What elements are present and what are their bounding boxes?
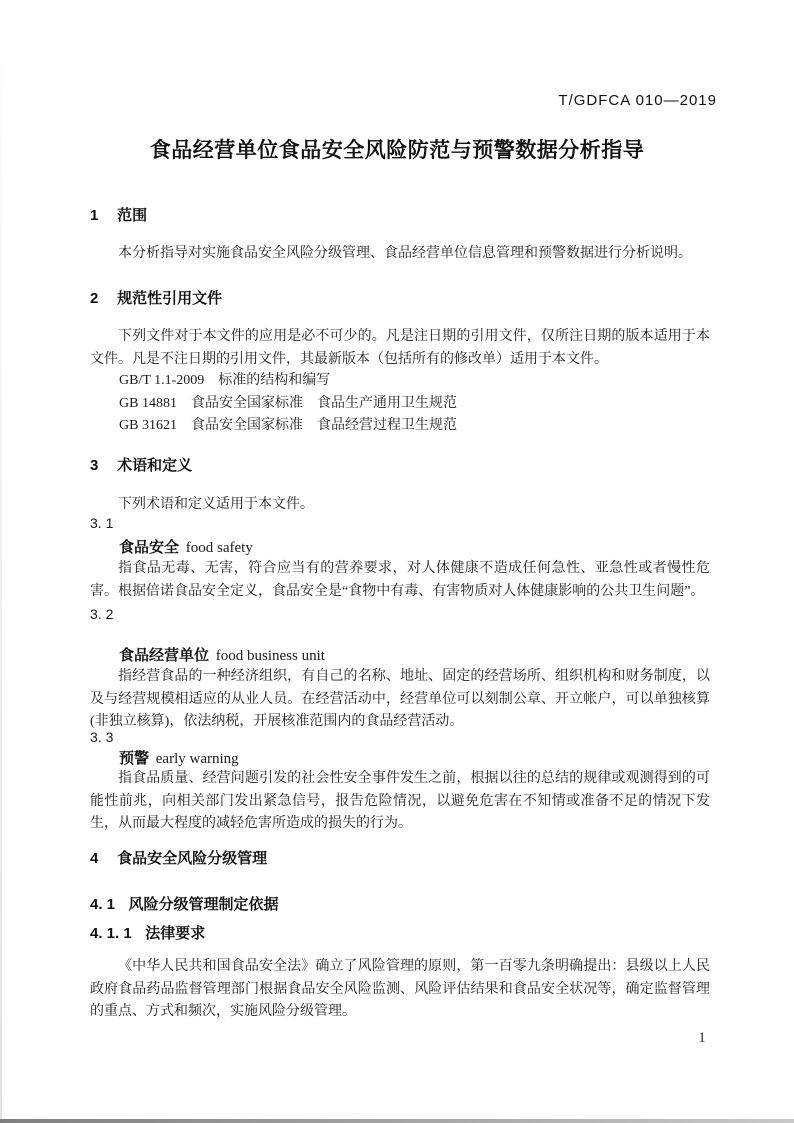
term-chinese: 预警 [119, 750, 149, 767]
term-line-early-warning: 预警early warning [119, 747, 739, 768]
document-page: T/GDFCA 010—2019 食品经营单位食品安全风险防范与预警数据分析指导… [0, 0, 794, 1123]
section-title: 范围 [117, 207, 147, 224]
clause-number-3-3: 3. 3 [90, 729, 710, 745]
reference-list: GB/T 1.1-2009 标准的结构和编写 GB 14881 食品安全国家标准… [90, 370, 710, 438]
term-chinese: 食品安全 [119, 539, 179, 556]
section-4-1-heading: 4. 1风险分级管理制定依据 [90, 893, 710, 914]
section-number: 4. 1 [90, 896, 115, 913]
document-title: 食品经营单位食品安全风险防范与预警数据分析指导 [0, 134, 794, 164]
section-number: 3 [90, 457, 98, 474]
page-number: 1 [690, 1030, 714, 1047]
section-title: 风险分级管理制定依据 [129, 896, 279, 913]
doc-code: T/GDFCA 010—2019 [558, 92, 717, 109]
clause-number-3-2: 3. 2 [90, 606, 710, 622]
section-title: 食品安全风险分级管理 [117, 850, 267, 867]
section-title: 术语和定义 [117, 457, 192, 474]
reference-item: GB/T 1.1-2009 标准的结构和编写 [119, 370, 710, 393]
clause-number-3-1: 3. 1 [90, 515, 710, 531]
term-english: food business unit [216, 648, 325, 664]
section-4-1-1-paragraph: 《中华人民共和国食品安全法》确立了风险管理的原则，第一百零九条明确提出：县级以上… [90, 956, 710, 1024]
reference-item: GB 14881 食品安全国家标准 食品生产通用卫生规范 [119, 393, 710, 416]
section-2-heading: 2规范性引用文件 [90, 287, 710, 308]
section-1-heading: 1范围 [90, 204, 710, 225]
term-line-food-safety: 食品安全food safety [119, 536, 739, 557]
section-number: 1 [90, 207, 98, 224]
section-2-paragraph: 下列文件对于本文件的应用是必不可少的。凡是注日期的引用文件，仅所注日期的版本适用… [90, 326, 710, 371]
scan-edge-left [0, 0, 2, 1123]
section-4-heading: 4食品安全风险分级管理 [90, 847, 710, 868]
term-english: early warning [156, 751, 239, 767]
section-4-1-1-heading: 4. 1. 1法律要求 [90, 922, 710, 943]
section-number: 4. 1. 1 [90, 925, 132, 942]
section-title: 规范性引用文件 [117, 290, 222, 307]
section-3-intro: 下列术语和定义适用于本文件。 [90, 494, 710, 517]
reference-item: GB 31621 食品安全国家标准 食品经营过程卫生规范 [119, 415, 710, 438]
section-number: 4 [90, 850, 98, 867]
term-definition: 指经营食品的一种经济组织，有自己的名称、地址、固定的经营场所、组织机构和财务制度… [90, 666, 710, 734]
scan-edge-bottom [0, 1119, 794, 1123]
term-english: food safety [186, 540, 253, 556]
section-3-heading: 3术语和定义 [90, 454, 710, 475]
term-definition: 指食品质量、经营问题引发的社会性安全事件发生之前，根据以往的总结的规律或观测得到… [90, 768, 710, 836]
section-number: 2 [90, 290, 98, 307]
section-1-paragraph: 本分析指导对实施食品安全风险分级管理、食品经营单位信息管理和预警数据进行分析说明… [90, 243, 710, 266]
term-chinese: 食品经营单位 [119, 647, 209, 664]
section-title: 法律要求 [145, 925, 205, 942]
term-definition: 指食品无毒、无害，符合应当有的营养要求，对人体健康不造成任何急性、亚急性或者慢性… [90, 558, 710, 603]
term-line-food-business-unit: 食品经营单位food business unit [119, 644, 739, 665]
